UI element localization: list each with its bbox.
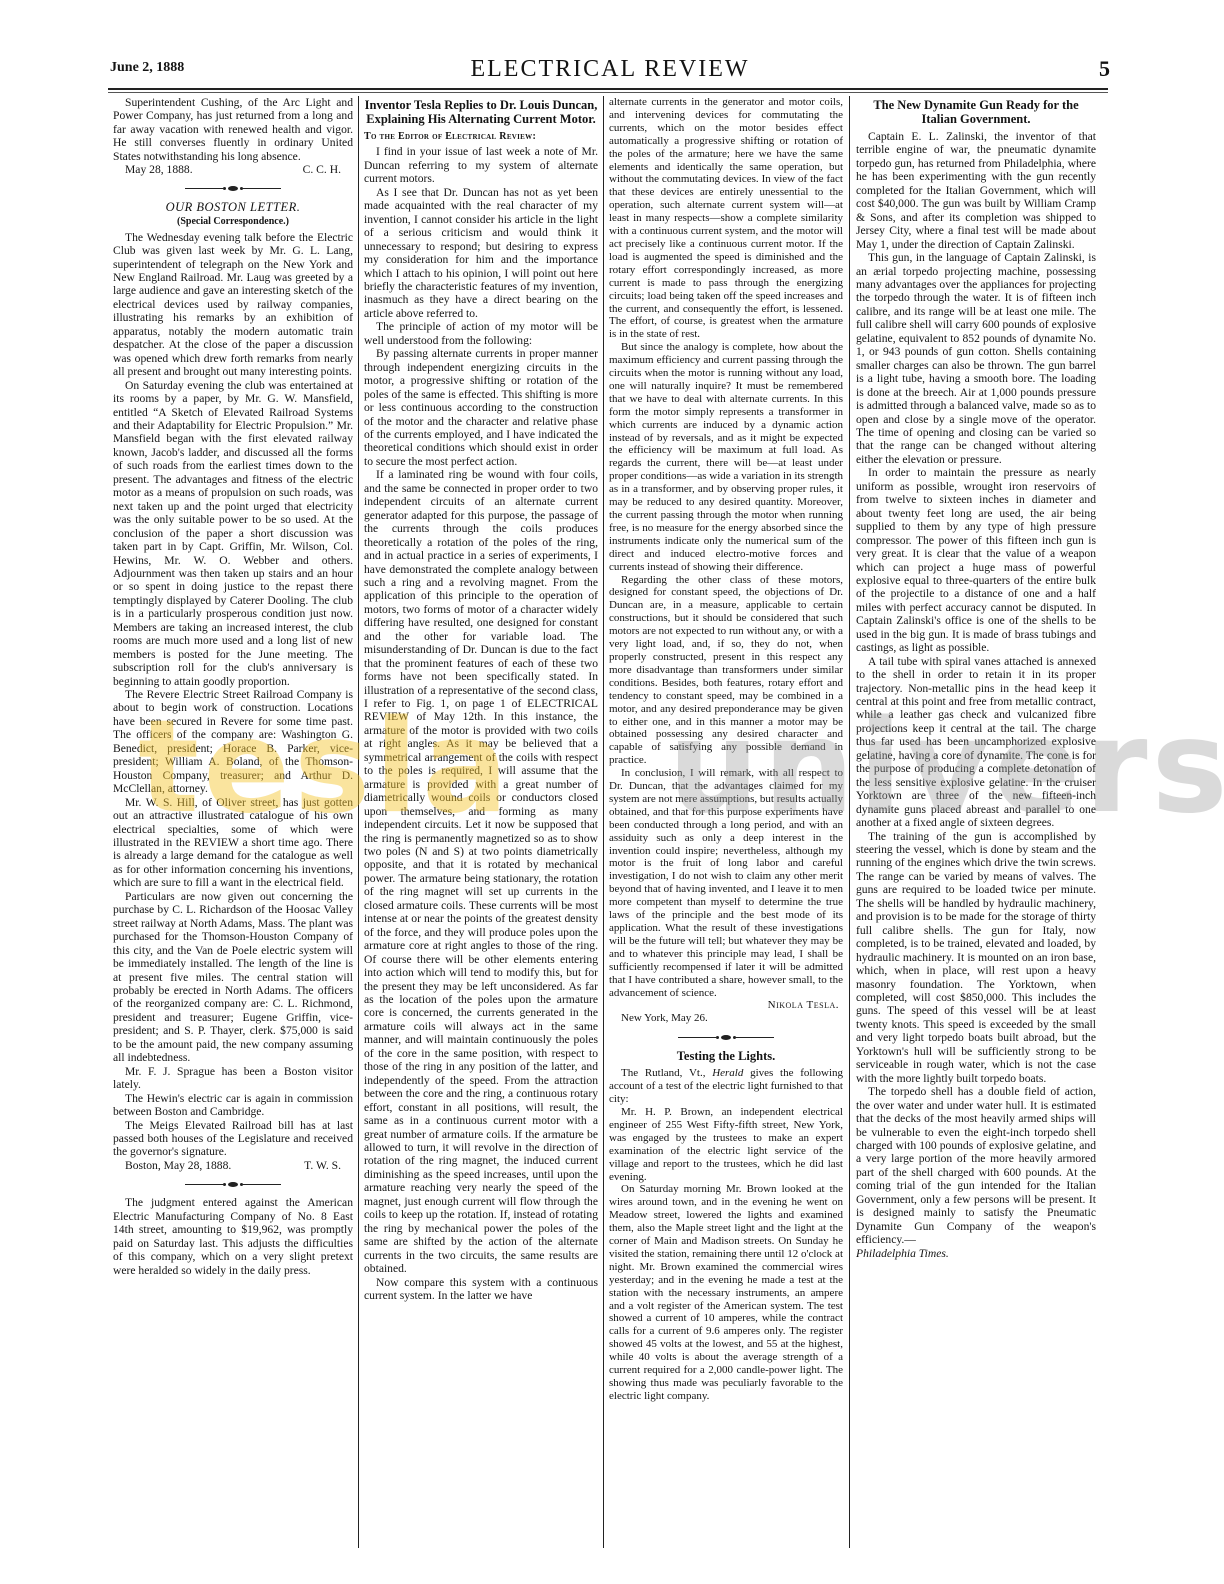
paragraph: Now compare this system with a continuou… [364, 1276, 598, 1303]
paragraph: The Wednesday evening talk before the El… [113, 231, 353, 379]
article-heading: OUR BOSTON LETTER. [113, 201, 353, 214]
paragraph: On Saturday morning Mr. Brown looked at … [609, 1183, 843, 1402]
paragraph: In order to maintain the pressure as nea… [856, 466, 1096, 654]
paragraph: On Saturday evening the club was enterta… [113, 379, 353, 688]
salutation: To the Editor of Electrical Review: [364, 130, 598, 143]
paragraph: The judgment entered against the America… [113, 1196, 353, 1277]
paragraph: The torpedo shell has a double field of … [856, 1085, 1096, 1246]
section-divider-ornament [113, 1181, 353, 1187]
signature-date: Boston, May 28, 1888. [125, 1159, 231, 1172]
header-rule [108, 88, 1108, 90]
paragraph: This gun, in the language of Captain Zal… [856, 251, 1096, 466]
paragraph: Mr. H. P. Brown, an independent electric… [609, 1106, 843, 1183]
newspaper-name: Herald [712, 1067, 743, 1079]
text: The Rutland, Vt., [621, 1067, 712, 1079]
column-divider [849, 96, 850, 1548]
paragraph: Mr. W. S. Hill, of Oliver street, has ju… [113, 796, 353, 890]
paragraph: The Revere Electric Street Railroad Comp… [113, 688, 353, 796]
paragraph: The Meigs Elevated Railroad bill has at … [113, 1119, 353, 1159]
signature-line: Boston, May 28, 1888. T. W. S. [113, 1159, 353, 1172]
paragraph: In conclusion, I will remark, with all r… [609, 767, 843, 999]
source-name: Philadelphia Times. [856, 1247, 949, 1260]
dateline: New York, May 26. [609, 1012, 843, 1025]
column-1: Superintendent Cushing, of the Arc Light… [113, 96, 353, 1556]
paragraph: The Rutland, Vt., Herald gives the follo… [609, 1067, 843, 1106]
paragraph: The principle of action of my motor will… [364, 320, 598, 347]
paragraph: Particulars are now given out concerning… [113, 890, 353, 1065]
article-headline: Testing the Lights. [609, 1049, 843, 1063]
paragraph: Mr. F. J. Sprague has been a Boston visi… [113, 1065, 353, 1092]
paragraph: By passing alternate currents in proper … [364, 347, 598, 468]
section-divider-ornament [113, 186, 353, 192]
paragraph: Captain E. L. Zalinski, the inventor of … [856, 130, 1096, 251]
article-headline: Inventor Tesla Replies to Dr. Louis Dunc… [364, 98, 598, 126]
column-3: alternate currents in the generator and … [609, 96, 843, 1556]
paragraph: Superintendent Cushing, of the Arc Light… [113, 96, 353, 163]
paragraph: A tail tube with spiral vanes attached i… [856, 655, 1096, 830]
column-4: The New Dynamite Gun Ready for the Itali… [856, 96, 1096, 1556]
column-2: Inventor Tesla Replies to Dr. Louis Dunc… [364, 96, 598, 1556]
article-headline: The New Dynamite Gun Ready for the Itali… [856, 98, 1096, 126]
header-rule-thin [108, 92, 1108, 93]
article-subheading: (Special Correspondence.) [113, 215, 353, 228]
paragraph: alternate currents in the generator and … [609, 96, 843, 341]
paragraph: I find in your issue of last week a note… [364, 145, 598, 185]
signature-initials: C. C. H. [303, 163, 341, 176]
column-divider [358, 96, 359, 1548]
column-divider [603, 96, 604, 1548]
masthead: June 2, 1888 ELECTRICAL REVIEW 5 [110, 56, 1110, 82]
paragraph: Regarding the other class of these motor… [609, 574, 843, 768]
page-number: 5 [1099, 56, 1110, 82]
signature-date: May 28, 1888. [125, 163, 193, 176]
paragraph: As I see that Dr. Duncan has not as yet … [364, 186, 598, 321]
publication-title: ELECTRICAL REVIEW [110, 56, 1110, 83]
signature-line: May 28, 1888. C. C. H. [113, 163, 353, 176]
paragraph: If a laminated ring be wound with four c… [364, 468, 598, 1275]
signature-initials: T. W. S. [304, 1159, 341, 1172]
author-signature: Nikola Tesla. [609, 999, 843, 1012]
paragraph: The training of the gun is accomplished … [856, 830, 1096, 1086]
paragraph: The Hewin's electric car is again in com… [113, 1092, 353, 1119]
source-credit: Philadelphia Times. [856, 1247, 1096, 1260]
paragraph: But since the analogy is complete, how a… [609, 341, 843, 573]
section-divider-ornament [609, 1034, 843, 1040]
